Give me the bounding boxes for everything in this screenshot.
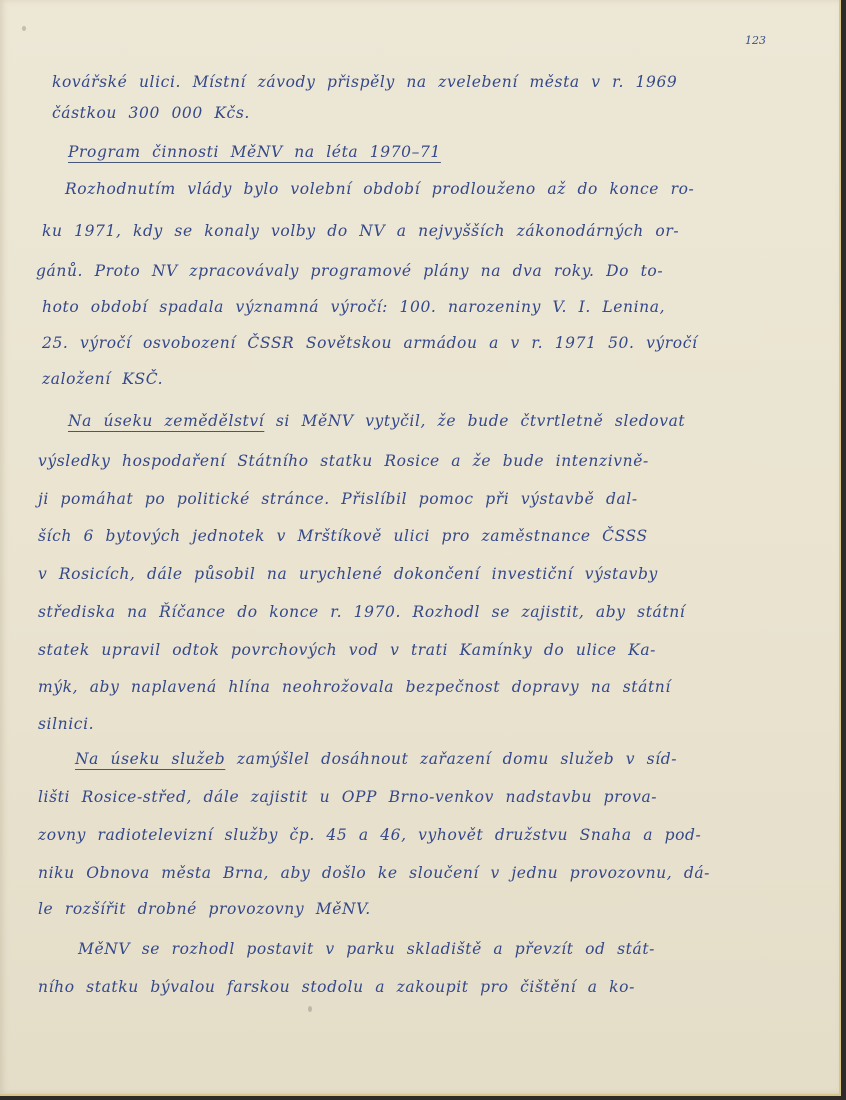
text-line: ších 6 bytových jednotek v Mrštíkově uli… xyxy=(38,527,648,545)
text-line: v Rosicích, dále působil na urychlené do… xyxy=(38,565,658,583)
text-line: le rozšířit drobné provozovny MěNV. xyxy=(38,900,371,918)
text-line: hoto období spadala významná výročí: 100… xyxy=(42,298,665,316)
paper-speck xyxy=(308,1006,312,1012)
text-line: výsledky hospodaření Státního statku Ros… xyxy=(38,452,649,470)
text-line: Na úseku zemědělství si MěNV vytyčil, že… xyxy=(68,412,685,430)
underlined-topic: Na úseku zemědělství xyxy=(68,412,264,430)
text-line: 25. výročí osvobození ČSSR Sovětskou arm… xyxy=(42,334,698,352)
line-text: zamýšlel dosáhnout zařazení domu služeb … xyxy=(225,750,677,768)
text-line: statek upravil odtok povrchových vod v t… xyxy=(38,641,656,659)
text-line: lišti Rosice-střed, dále zajistit u OPP … xyxy=(38,788,657,806)
text-line: založení KSČ. xyxy=(42,370,163,388)
text-line: mýk, aby naplavená hlína neohrožovala be… xyxy=(38,678,671,696)
text-line: gánů. Proto NV zpracovávaly programové p… xyxy=(36,262,663,280)
manuscript-page: 123 kovářské ulici. Místní závody přispě… xyxy=(0,0,841,1096)
text-line: ku 1971, kdy se konaly volby do NV a nej… xyxy=(42,222,679,240)
underlined-topic: Na úseku služeb xyxy=(75,750,225,768)
text-line: Rozhodnutím vlády bylo volební období pr… xyxy=(65,180,694,198)
text-line: zovny radiotelevizní služby čp. 45 a 46,… xyxy=(38,826,701,844)
section-heading: Program činnosti MěNV na léta 1970–71 xyxy=(68,143,441,161)
text-line: částkou 300 000 Kčs. xyxy=(52,104,250,122)
text-line: kovářské ulici. Místní závody přispěly n… xyxy=(52,73,677,91)
text-line: MěNV se rozhodl postavit v parku skladiš… xyxy=(78,940,655,958)
text-line: niku Obnova města Brna, aby došlo ke slo… xyxy=(38,864,710,882)
text-line: ního statku bývalou farskou stodolu a za… xyxy=(38,978,635,996)
line-text: si MěNV vytyčil, že bude čtvrtletně sled… xyxy=(264,412,685,430)
page-number: 123 xyxy=(745,34,766,47)
text-line: Na úseku služeb zamýšlel dosáhnout zařaz… xyxy=(75,750,677,768)
paper-speck xyxy=(22,26,26,31)
text-line: ji pomáhat po politické stránce. Přislíb… xyxy=(38,490,638,508)
text-line: silnici. xyxy=(38,715,94,733)
text-line: střediska na Říčance do konce r. 1970. R… xyxy=(38,603,685,621)
